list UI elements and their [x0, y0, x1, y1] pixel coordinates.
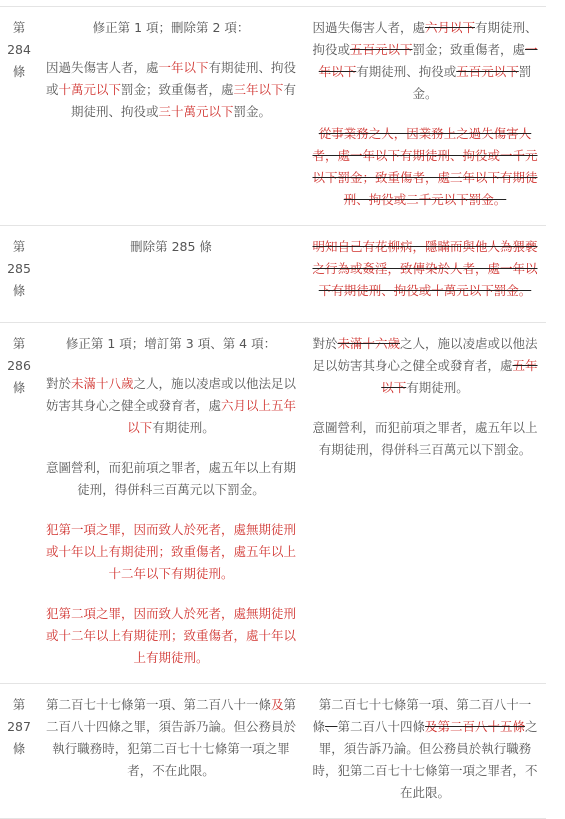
text-run: 第二百八十四條 — [337, 719, 425, 734]
article-suffix: 條 — [0, 738, 38, 760]
article-suffix: 條 — [0, 377, 38, 399]
article-number-cell: 第 284 條 — [0, 7, 38, 226]
table-row-284: 第 284 條 修正第 1 項；刪除第 2 項： 因過失傷害人者，處一年以下有期… — [0, 7, 546, 226]
deleted-paragraph: 從事業務之人，因業務上之過失傷害人者，處一年以下有期徒刑、拘役或一千元以下罰金；… — [310, 123, 540, 211]
article-prefix: 第 — [0, 333, 38, 355]
text-run: 有期徒刑、拘役或 — [356, 64, 456, 79]
amended-paragraph: 意圖營利，而犯前項之罪者，處五年以上有期徒刑，得併科三百萬元以下罰金。 — [44, 457, 298, 501]
table-row-287: 第 287 條 第二百七十七條第一項、第二百八十一條及第二百八十四條之罪，須告訴… — [0, 684, 546, 763]
article-number: 284 — [0, 39, 38, 61]
amendment-note: 修正第 1 項；刪除第 2 項： — [44, 17, 298, 39]
article-number-cell: 第 285 條 — [0, 226, 38, 323]
table-row-285: 第 285 條 刪除第 285 條 明知自己有花柳病，隱瞞而與他人為猥褻之行為或… — [0, 226, 546, 323]
amended-text-cell: 修正第 1 項；增訂第 3 項、第 4 項： 對於未滿十八歲之人，施以凌虐或以他… — [38, 323, 304, 684]
text-run: 有期徒刑。 — [152, 420, 215, 435]
original-paragraph: 對於未滿十六歲之人，施以凌虐或以他法足以妨害其身心之健全或發育者，處五年以下有期… — [310, 333, 540, 399]
text-run: 第二百七十七條第一項、第二百八十一條 — [46, 697, 271, 712]
original-text-cell: 對於未滿十六歲之人，施以凌虐或以他法足以妨害其身心之健全或發育者，處五年以下有期… — [304, 323, 546, 684]
deleted-text: 及第二百八十五條 — [425, 719, 525, 734]
article-number-cell: 第 286 條 — [0, 323, 38, 684]
amended-text-cell: 刪除第 285 條 — [38, 226, 304, 323]
added-text: 未滿十八歲 — [71, 376, 134, 391]
added-text: 三年以下 — [234, 82, 284, 97]
original-text-cell: 第二百七十七條第一項、第二百八十一條、第二百八十四條及第二百八十五條之罪，須告訴… — [304, 684, 546, 763]
text-run: 罰金；致重傷者，處 — [413, 42, 526, 57]
original-paragraph: 意圖營利，而犯前項之罪者，處五年以上有期徒刑，得併科三百萬元以下罰金。 — [310, 417, 540, 461]
added-text: 十萬元以下 — [58, 82, 121, 97]
article-prefix: 第 — [0, 17, 38, 39]
original-text-cell: 因過失傷害人者，處六月以下有期徒刑、拘役或五百元以下罰金；致重傷者，處一年以下有… — [304, 7, 546, 226]
text-run: 因過失傷害人者，處 — [312, 20, 425, 35]
deleted-text: 未滿十六歲 — [337, 336, 400, 351]
article-number-cell: 第 287 條 — [0, 684, 38, 763]
deleted-text: 五百元以下 — [350, 42, 413, 57]
added-paragraph: 犯第二項之罪，因而致人於死者，處無期徒刑或十二年以上有期徒刑；致重傷者，處十年以… — [44, 603, 298, 669]
original-text-cell: 明知自己有花柳病，隱瞞而與他人為猥褻之行為或姦淫，致傳染於人者，處一年以下有期徒… — [304, 226, 546, 323]
amended-text-cell: 修正第 1 項；刪除第 2 項： 因過失傷害人者，處一年以下有期徒刑、拘役或十萬… — [38, 7, 304, 226]
article-prefix: 第 — [0, 694, 38, 716]
amended-paragraph: 因過失傷害人者，處一年以下有期徒刑、拘役或十萬元以下罰金；致重傷者，處三年以下有… — [44, 57, 298, 123]
added-text: 一年以下 — [158, 60, 208, 75]
amendment-comparison-table: 第 284 條 修正第 1 項；刪除第 2 項： 因過失傷害人者，處一年以下有期… — [0, 6, 546, 762]
original-paragraph: 因過失傷害人者，處六月以下有期徒刑、拘役或五百元以下罰金；致重傷者，處一年以下有… — [310, 17, 540, 105]
deleted-text: 五百元以下 — [456, 64, 519, 79]
deleted-text: 、 — [325, 719, 338, 734]
added-text: 三十萬元以下 — [158, 104, 233, 119]
deleted-paragraph: 明知自己有花柳病，隱瞞而與他人為猥褻之行為或姦淫，致傳染於人者，處一年以下有期徒… — [310, 236, 540, 302]
article-number: 286 — [0, 355, 38, 377]
deleted-text: 六月以下 — [425, 20, 475, 35]
text-run: 罰金；致重傷者，處 — [121, 82, 234, 97]
article-suffix: 條 — [0, 61, 38, 83]
text-run: 因過失傷害人者，處 — [46, 60, 159, 75]
amended-paragraph: 第二百七十七條第一項、第二百八十一條及第二百八十四條之罪，須告訴乃論。但公務員於… — [44, 694, 298, 762]
article-prefix: 第 — [0, 236, 38, 258]
added-paragraph: 犯第一項之罪，因而致人於死者，處無期徒刑或十年以上有期徒刑；致重傷者，處五年以上… — [44, 519, 298, 585]
article-number: 285 — [0, 258, 38, 280]
original-paragraph: 第二百七十七條第一項、第二百八十一條、第二百八十四條及第二百八十五條之罪，須告訴… — [310, 694, 540, 762]
amendment-note: 修正第 1 項；增訂第 3 項、第 4 項： — [44, 333, 298, 355]
text-run: 對於 — [312, 336, 337, 351]
article-number: 287 — [0, 716, 38, 738]
table-row-286: 第 286 條 修正第 1 項；增訂第 3 項、第 4 項： 對於未滿十八歲之人… — [0, 323, 546, 684]
text-run: 有期徒刑。 — [406, 380, 469, 395]
text-run: 對於 — [46, 376, 71, 391]
amended-paragraph: 對於未滿十八歲之人，施以凌虐或以他法足以妨害其身心之健全或發育者，處六月以上五年… — [44, 373, 298, 439]
added-text: 及 — [271, 697, 284, 712]
amended-text-cell: 第二百七十七條第一項、第二百八十一條及第二百八十四條之罪，須告訴乃論。但公務員於… — [38, 684, 304, 763]
amendment-note: 刪除第 285 條 — [44, 236, 298, 258]
article-suffix: 條 — [0, 280, 38, 302]
text-run: 罰金。 — [234, 104, 272, 119]
